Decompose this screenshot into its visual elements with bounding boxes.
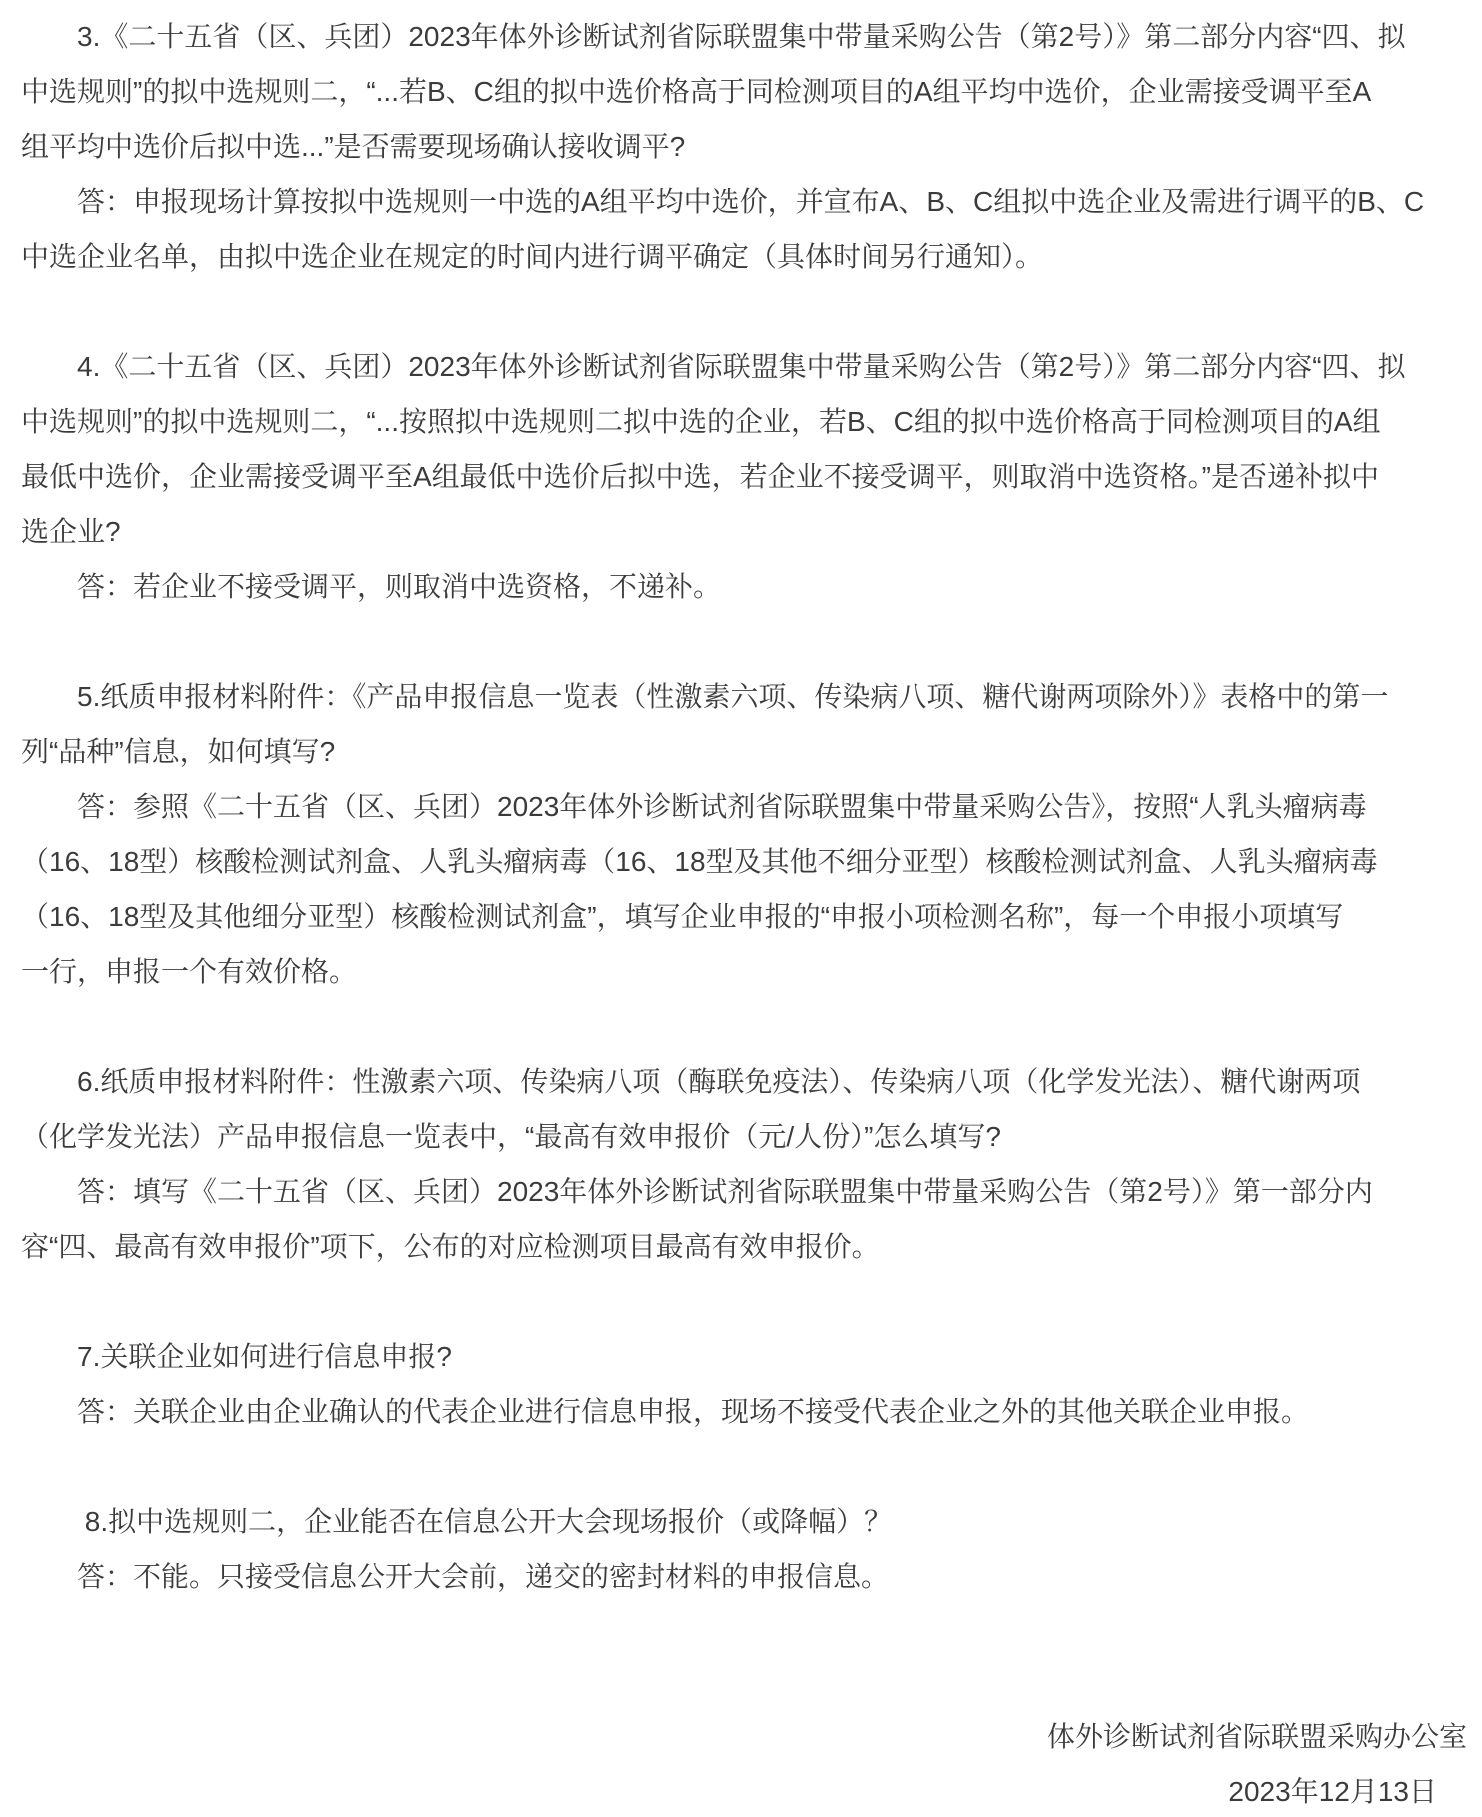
answer-line: 答：不能。只接受信息公开大会前，递交的密封材料的申报信息。 [21, 1549, 1478, 1604]
answer-line: 答：申报现场计算按拟中选规则一中选的A组平均中选价，并宣布A、B、C组拟中选企业… [21, 174, 1478, 229]
question-line: 8.拟中选规则二，企业能否在信息公开大会现场报价（或降幅）？ [21, 1494, 1478, 1549]
question-paragraph: 7.关联企业如何进行信息申报? [21, 1329, 1478, 1384]
qa-section: 6.纸质申报材料附件：性激素六项、传染病八项（酶联免疫法）、传染病八项（化学发光… [21, 1054, 1478, 1274]
question-line: 4.《二十五省（区、兵团）2023年体外诊断试剂省际联盟集中带量采购公告（第2号… [21, 339, 1478, 394]
answer-line: 答：若企业不接受调平，则取消中选资格，不递补。 [21, 559, 1478, 614]
question-paragraph: 3.《二十五省（区、兵团）2023年体外诊断试剂省际联盟集中带量采购公告（第2号… [21, 9, 1478, 174]
answer-paragraph: 答：参照《二十五省（区、兵团）2023年体外诊断试剂省际联盟集中带量采购公告》，… [21, 779, 1478, 999]
question-line: 最低中选价，企业需接受调平至A组最低中选价后拟中选，若企业不接受调平，则取消中选… [21, 449, 1478, 504]
question-line: 5.纸质申报材料附件：《产品申报信息一览表（性激素六项、传染病八项、糖代谢两项除… [21, 669, 1478, 724]
answer-line: 容“四、最高有效申报价”项下，公布的对应检测项目最高有效申报价。 [21, 1219, 1478, 1274]
answer-paragraph: 答：关联企业由企业确认的代表企业进行信息申报，现场不接受代表企业之外的其他关联企… [21, 1384, 1478, 1439]
question-line: 中选规则”的拟中选规则二，“...若B、C组的拟中选价格高于同检测项目的A组平均… [21, 64, 1478, 119]
question-line: 选企业? [21, 504, 1478, 559]
answer-paragraph: 答：申报现场计算按拟中选规则一中选的A组平均中选价，并宣布A、B、C组拟中选企业… [21, 174, 1478, 284]
signature-block: 体外诊断试剂省际联盟采购办公室 2023年12月13日 [21, 1709, 1478, 1817]
question-paragraph: 6.纸质申报材料附件：性激素六项、传染病八项（酶联免疫法）、传染病八项（化学发光… [21, 1054, 1478, 1164]
signature-date: 2023年12月13日 [21, 1764, 1478, 1817]
answer-line: 答：参照《二十五省（区、兵团）2023年体外诊断试剂省际联盟集中带量采购公告》，… [21, 779, 1478, 834]
answer-paragraph: 答：填写《二十五省（区、兵团）2023年体外诊断试剂省际联盟集中带量采购公告（第… [21, 1164, 1478, 1274]
document-page: 3.《二十五省（区、兵团）2023年体外诊断试剂省际联盟集中带量采购公告（第2号… [0, 0, 1482, 1817]
qa-section: 3.《二十五省（区、兵团）2023年体外诊断试剂省际联盟集中带量采购公告（第2号… [21, 9, 1478, 284]
answer-line: 中选企业名单，由拟中选企业在规定的时间内进行调平确定（具体时间另行通知）。 [21, 229, 1478, 284]
question-line: 列“品种”信息，如何填写? [21, 724, 1478, 779]
qa-section: 8.拟中选规则二，企业能否在信息公开大会现场报价（或降幅）？答：不能。只接受信息… [21, 1494, 1478, 1604]
answer-line: （16、18型）核酸检测试剂盒、人乳头瘤病毒（16、18型及其他不细分亚型）核酸… [21, 834, 1478, 889]
qa-list: 3.《二十五省（区、兵团）2023年体外诊断试剂省际联盟集中带量采购公告（第2号… [21, 9, 1478, 1604]
question-paragraph: 4.《二十五省（区、兵团）2023年体外诊断试剂省际联盟集中带量采购公告（第2号… [21, 339, 1478, 559]
qa-section: 7.关联企业如何进行信息申报?答：关联企业由企业确认的代表企业进行信息申报，现场… [21, 1329, 1478, 1439]
answer-paragraph: 答：不能。只接受信息公开大会前，递交的密封材料的申报信息。 [21, 1549, 1478, 1604]
question-line: 7.关联企业如何进行信息申报? [21, 1329, 1478, 1384]
signature-office: 体外诊断试剂省际联盟采购办公室 [21, 1709, 1478, 1764]
answer-line: （16、18型及其他细分亚型）核酸检测试剂盒”，填写企业申报的“申报小项检测名称… [21, 889, 1478, 944]
question-paragraph: 5.纸质申报材料附件：《产品申报信息一览表（性激素六项、传染病八项、糖代谢两项除… [21, 669, 1478, 779]
question-line: 6.纸质申报材料附件：性激素六项、传染病八项（酶联免疫法）、传染病八项（化学发光… [21, 1054, 1478, 1109]
qa-section: 4.《二十五省（区、兵团）2023年体外诊断试剂省际联盟集中带量采购公告（第2号… [21, 339, 1478, 614]
question-line: 中选规则”的拟中选规则二，“...按照拟中选规则二拟中选的企业，若B、C组的拟中… [21, 394, 1478, 449]
answer-paragraph: 答：若企业不接受调平，则取消中选资格，不递补。 [21, 559, 1478, 614]
question-line: 组平均中选价后拟中选...”是否需要现场确认接收调平? [21, 119, 1478, 174]
answer-line: 答：关联企业由企业确认的代表企业进行信息申报，现场不接受代表企业之外的其他关联企… [21, 1384, 1478, 1439]
question-line: 3.《二十五省（区、兵团）2023年体外诊断试剂省际联盟集中带量采购公告（第2号… [21, 9, 1478, 64]
answer-line: 一行，申报一个有效价格。 [21, 944, 1478, 999]
qa-section: 5.纸质申报材料附件：《产品申报信息一览表（性激素六项、传染病八项、糖代谢两项除… [21, 669, 1478, 999]
question-line: （化学发光法）产品申报信息一览表中，“最高有效申报价（元/人份）”怎么填写? [21, 1109, 1478, 1164]
question-paragraph: 8.拟中选规则二，企业能否在信息公开大会现场报价（或降幅）？ [21, 1494, 1478, 1549]
answer-line: 答：填写《二十五省（区、兵团）2023年体外诊断试剂省际联盟集中带量采购公告（第… [21, 1164, 1478, 1219]
